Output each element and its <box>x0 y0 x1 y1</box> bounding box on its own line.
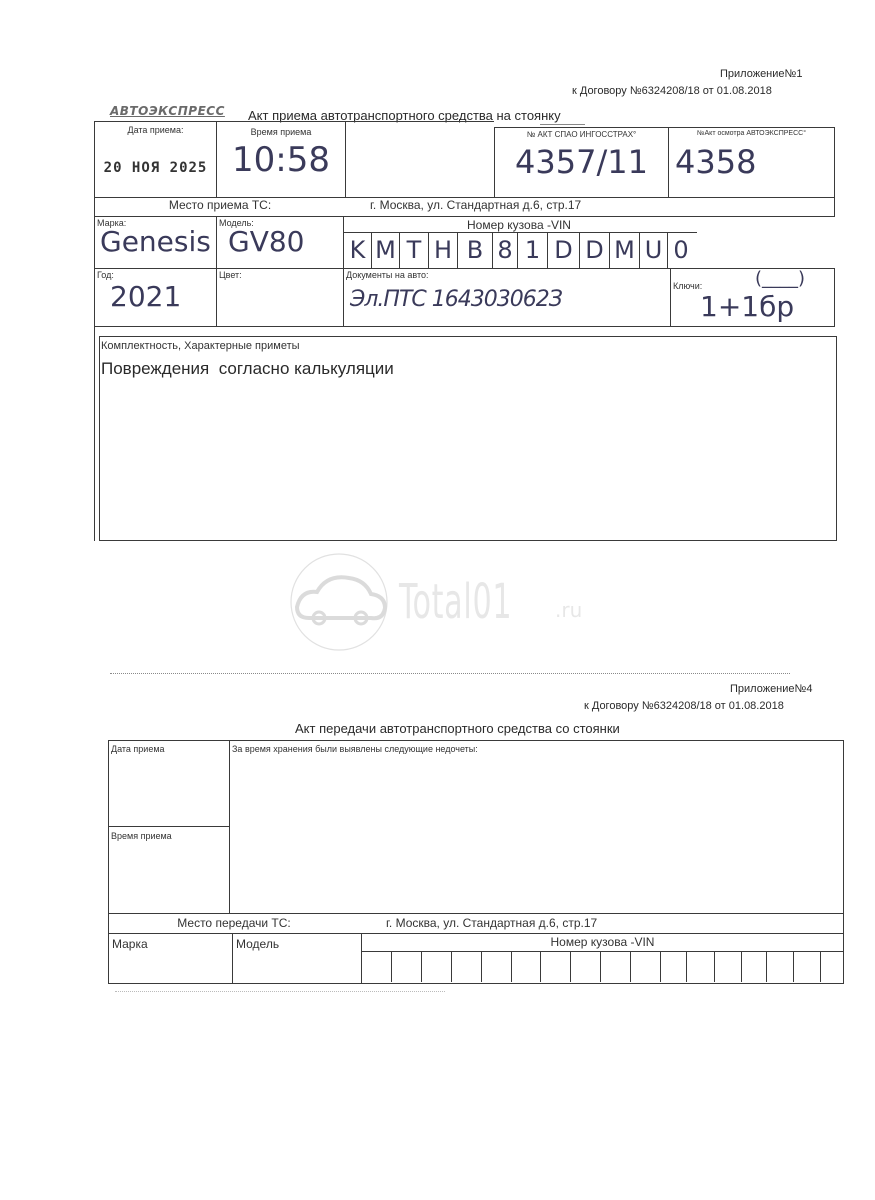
release-place-value: г. Москва, ул. Стандартная д.6, стр.17 <box>386 916 597 930</box>
total01-watermark: Total01 .ru <box>287 552 597 652</box>
vin-input-cell[interactable] <box>661 952 687 982</box>
contract-ref-2: к Договору №6324208/18 от 01.08.2018 <box>584 700 784 712</box>
vin-input-cell[interactable] <box>687 952 715 982</box>
keys-label: Ключи: <box>673 281 702 291</box>
completeness-label: Комплектность, Характерные приметы <box>101 340 300 352</box>
docs-value: Эл.ПТС 164303062З <box>350 287 562 312</box>
vin-char: M <box>372 232 400 268</box>
vin-input-cell[interactable] <box>794 952 821 982</box>
vin-input-cell[interactable] <box>631 952 661 982</box>
cut-line <box>110 673 790 675</box>
vin-label: Номер кузова -VIN <box>344 218 694 232</box>
vin-char: B <box>458 232 493 268</box>
vin-input-cell[interactable] <box>512 952 541 982</box>
docs-label: Документы на авто: <box>346 270 429 280</box>
autoexpress-logo: АВТОЭКСПРЕСС <box>110 104 225 118</box>
time-label: Время приема <box>217 127 345 137</box>
release-time-label: Время приема <box>111 831 172 841</box>
vin-char: D <box>548 232 580 268</box>
vin-input-cell[interactable] <box>422 952 452 982</box>
footer-faint-line <box>115 991 445 993</box>
vin-input-cell[interactable] <box>767 952 794 982</box>
year-label: Год: <box>97 270 114 280</box>
car-logo-icon <box>287 552 397 652</box>
vin-input-cell[interactable] <box>571 952 601 982</box>
release-place-label: Место передачи ТС: <box>109 916 359 930</box>
vin-input-cell[interactable] <box>821 952 843 982</box>
vin-input-cell[interactable] <box>452 952 482 982</box>
defects-label: За время хранения были выявлены следующи… <box>232 744 478 754</box>
release-brand-label: Марка <box>112 937 148 951</box>
vin-char: 0 <box>668 232 694 268</box>
appendix-1-label: Приложение№1 <box>720 68 802 80</box>
vin-char: 1 <box>518 232 548 268</box>
vin-char: D <box>580 232 610 268</box>
vin-char: M <box>610 232 640 268</box>
completeness-value: Повреждения согласно калькуляции <box>101 359 394 379</box>
contract-ref-1: к Договору №6324208/18 от 01.08.2018 <box>572 85 772 97</box>
vin-input-cell[interactable] <box>541 952 571 982</box>
vin-input-cell[interactable] <box>482 952 512 982</box>
keys-bracket-mark: (____) <box>755 268 805 289</box>
vin-input-cell[interactable] <box>392 952 422 982</box>
appendix-4-label: Приложение№4 <box>730 683 812 695</box>
model-value: GV80 <box>228 225 304 258</box>
watermark-suffix: .ru <box>555 598 582 622</box>
time-value: 10:58 <box>217 140 345 180</box>
brand-value: Genesis <box>100 225 211 258</box>
keys-value: 1+1бр <box>700 290 794 323</box>
ingos-act-label: № АКТ СПАО ИНГОССТРАХ° <box>495 130 668 139</box>
vin-char: H <box>429 232 458 268</box>
ingos-act-value: 4357/11 <box>495 143 668 181</box>
autoexpress-act-label: №Акт осмотра АВТОЭКСПРЕСС° <box>669 130 834 137</box>
watermark-text: Total01 <box>399 574 512 630</box>
vin-input-cell[interactable] <box>362 952 392 982</box>
place-value: г. Москва, ул. Стандартная д.6, стр.17 <box>370 198 581 212</box>
vin-char: T <box>400 232 429 268</box>
year-value: 2021 <box>110 280 181 313</box>
release-model-label: Модель <box>236 937 279 951</box>
vin-char: U <box>640 232 668 268</box>
vin-input-cell[interactable] <box>601 952 631 982</box>
vin-char: 8 <box>493 232 518 268</box>
autoexpress-act-value: 4358 <box>675 143 756 181</box>
vin-char: K <box>344 232 372 268</box>
place-label: Место приема ТС: <box>95 198 345 212</box>
date-value: 20 НОЯ 2025 <box>95 160 216 176</box>
color-label: Цвет: <box>219 270 242 280</box>
date-label: Дата приема: <box>95 125 216 135</box>
defects-area[interactable] <box>231 758 841 910</box>
form-2-title: Акт передачи автотранспортного средства … <box>295 721 620 736</box>
release-vin-label: Номер кузова -VIN <box>362 935 843 949</box>
vin-input-cell[interactable] <box>742 952 767 982</box>
vin-input-cell[interactable] <box>715 952 742 982</box>
release-date-label: Дата приема <box>111 744 165 754</box>
